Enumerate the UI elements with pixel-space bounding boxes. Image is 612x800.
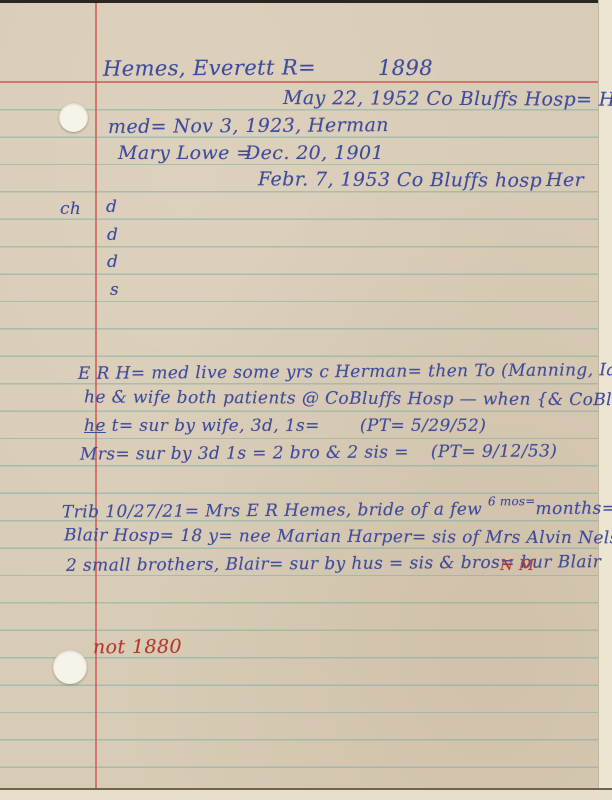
scanned-record-card: Hemes, Everett R= 1898 May 22, 1952 Co B… bbox=[0, 0, 612, 800]
surname-line: Hemes, Everett R= bbox=[103, 55, 316, 80]
obit1-line3-rest: t= sur by wife, 3d, 1s= bbox=[106, 416, 320, 436]
child-entry-2: d bbox=[107, 225, 118, 245]
scan-below-edge bbox=[0, 790, 612, 800]
obit1-line4-pt-date: (PT= 9/12/53) bbox=[431, 441, 558, 462]
spouse-death: Febr. 7, 1953 Co Bluffs hosp bbox=[258, 168, 542, 191]
punch-hole-top bbox=[59, 103, 88, 132]
obit1-line2: he & wife both patients @ CoBluffs Hosp … bbox=[84, 387, 612, 410]
obit1-line3-pt-date: (PT= 5/29/52) bbox=[360, 416, 486, 436]
punch-hole-bottom bbox=[53, 650, 87, 684]
not-year-annotation: not 1880 bbox=[93, 636, 182, 659]
death-line: May 22, 1952 Co Bluffs Hosp= Hev= bbox=[283, 87, 612, 111]
obit2-line1-start: Trib 10/27/21= Mrs E R Hemes, bride of a… bbox=[62, 499, 488, 522]
spouse-birth: Dec. 20, 1901 bbox=[245, 142, 384, 164]
marriage-line: med= Nov 3, 1923, Herman bbox=[108, 114, 389, 138]
obit1-line1: E R H= med live some yrs c Herman= then … bbox=[78, 360, 612, 384]
red-initials-note: N M bbox=[500, 556, 534, 574]
obit1-line3: he t= sur by wife, 3d, 1s=(PT= 5/29/52) bbox=[84, 416, 486, 436]
child-entry-1: d bbox=[106, 197, 117, 217]
red-header-rule bbox=[0, 81, 599, 83]
birth-year: 1898 bbox=[378, 56, 433, 80]
obit2-line1: Trib 10/27/21= Mrs E R Hemes, bride of a… bbox=[62, 498, 612, 523]
obit2-line1-end: months= + Sun 10/23 c bbox=[535, 498, 612, 519]
obit1-line4: Mrs= sur by 3d 1s = 2 bro & 2 sis =(PT= … bbox=[80, 441, 557, 464]
obit2-line1-superscript: 6 mos= bbox=[488, 494, 536, 508]
child-entry-4: s bbox=[110, 280, 119, 300]
child-entry-3: d bbox=[107, 252, 118, 272]
obit1-line4-text: Mrs= sur by 3d 1s = 2 bro & 2 sis = bbox=[80, 442, 409, 464]
obit1-line3-underlined: he bbox=[84, 416, 106, 436]
spouse-name: Mary Lowe = bbox=[118, 142, 253, 164]
obit2-line2: Blair Hosp= 18 y= nee Marian Harper= sis… bbox=[64, 525, 612, 548]
scan-top-edge bbox=[0, 0, 612, 3]
spouse-death-tail: Her bbox=[546, 169, 584, 191]
children-label: ch bbox=[60, 199, 81, 219]
